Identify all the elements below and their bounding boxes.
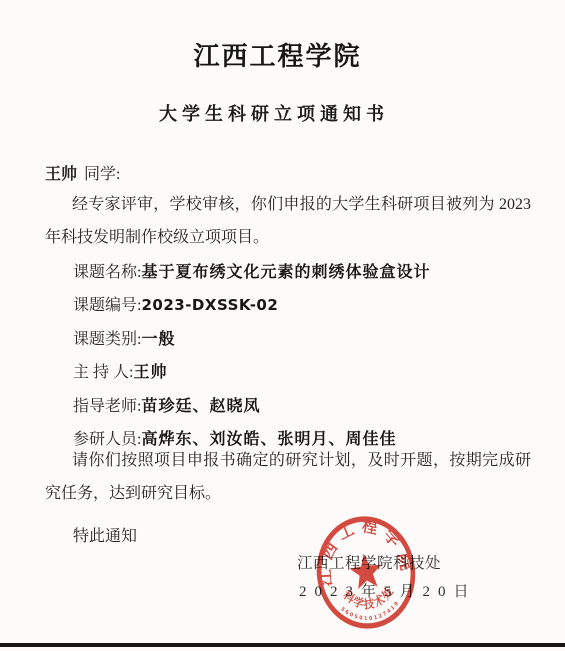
field-value: 苗珍廷、赵晓凤 (141, 398, 260, 415)
field-label: 课题名称: (73, 264, 141, 281)
field-label: 指导老师: (73, 398, 141, 415)
field-row-project-code: 课题编号:2023-DXSSK-02 (73, 295, 430, 328)
instruction-paragraph: 请你们按照项目申报书确定的研究计划，及时开题，按期完成研究任务，达到研究目标。 (45, 444, 531, 511)
field-value: 2023-DXSSK-02 (141, 296, 278, 314)
field-label: 主 持 人: (73, 364, 133, 381)
field-label: 课题类别: (73, 331, 141, 348)
field-row-project-name: 课题名称:基于夏布绣文化元素的刺绣体验盒设计 (73, 262, 430, 295)
seal-star (348, 552, 384, 590)
salutation: 王帅同学: (45, 165, 120, 185)
page-title: 江西工程学院 (0, 36, 555, 73)
field-row-project-category: 课题类别:一般 (73, 329, 430, 362)
salutation-suffix: 同学: (84, 166, 120, 183)
closing-note: 特此通知 (73, 523, 137, 546)
intro-paragraph: 经专家评审，学校审核，你们申报的大学生科研项目被列为 2023年科技发明制作校级… (45, 188, 531, 255)
field-value: 一般 (141, 331, 175, 348)
page-bottom-edge (0, 643, 565, 647)
field-label: 课题编号: (73, 297, 141, 314)
official-seal: 江西工程学院 科学技术处 3605010127419 (307, 507, 425, 638)
field-row-project-leader: 主 持 人:王帅 (73, 362, 430, 395)
notification-document: 江西工程学院 大学生科研立项通知书 王帅同学: 经专家评审，学校审核，你们申报的… (0, 0, 565, 651)
field-row-advisors: 指导老师:苗珍廷、赵晓凤 (73, 396, 430, 429)
project-fields: 课题名称:基于夏布绣文化元素的刺绣体验盒设计 课题编号:2023-DXSSK-0… (73, 262, 430, 462)
page-subtitle: 大学生科研立项通知书 (0, 100, 548, 126)
field-value: 基于夏布绣文化元素的刺绣体验盒设计 (141, 264, 430, 281)
field-value: 王帅 (133, 364, 167, 381)
recipient-name: 王帅 (45, 166, 77, 183)
